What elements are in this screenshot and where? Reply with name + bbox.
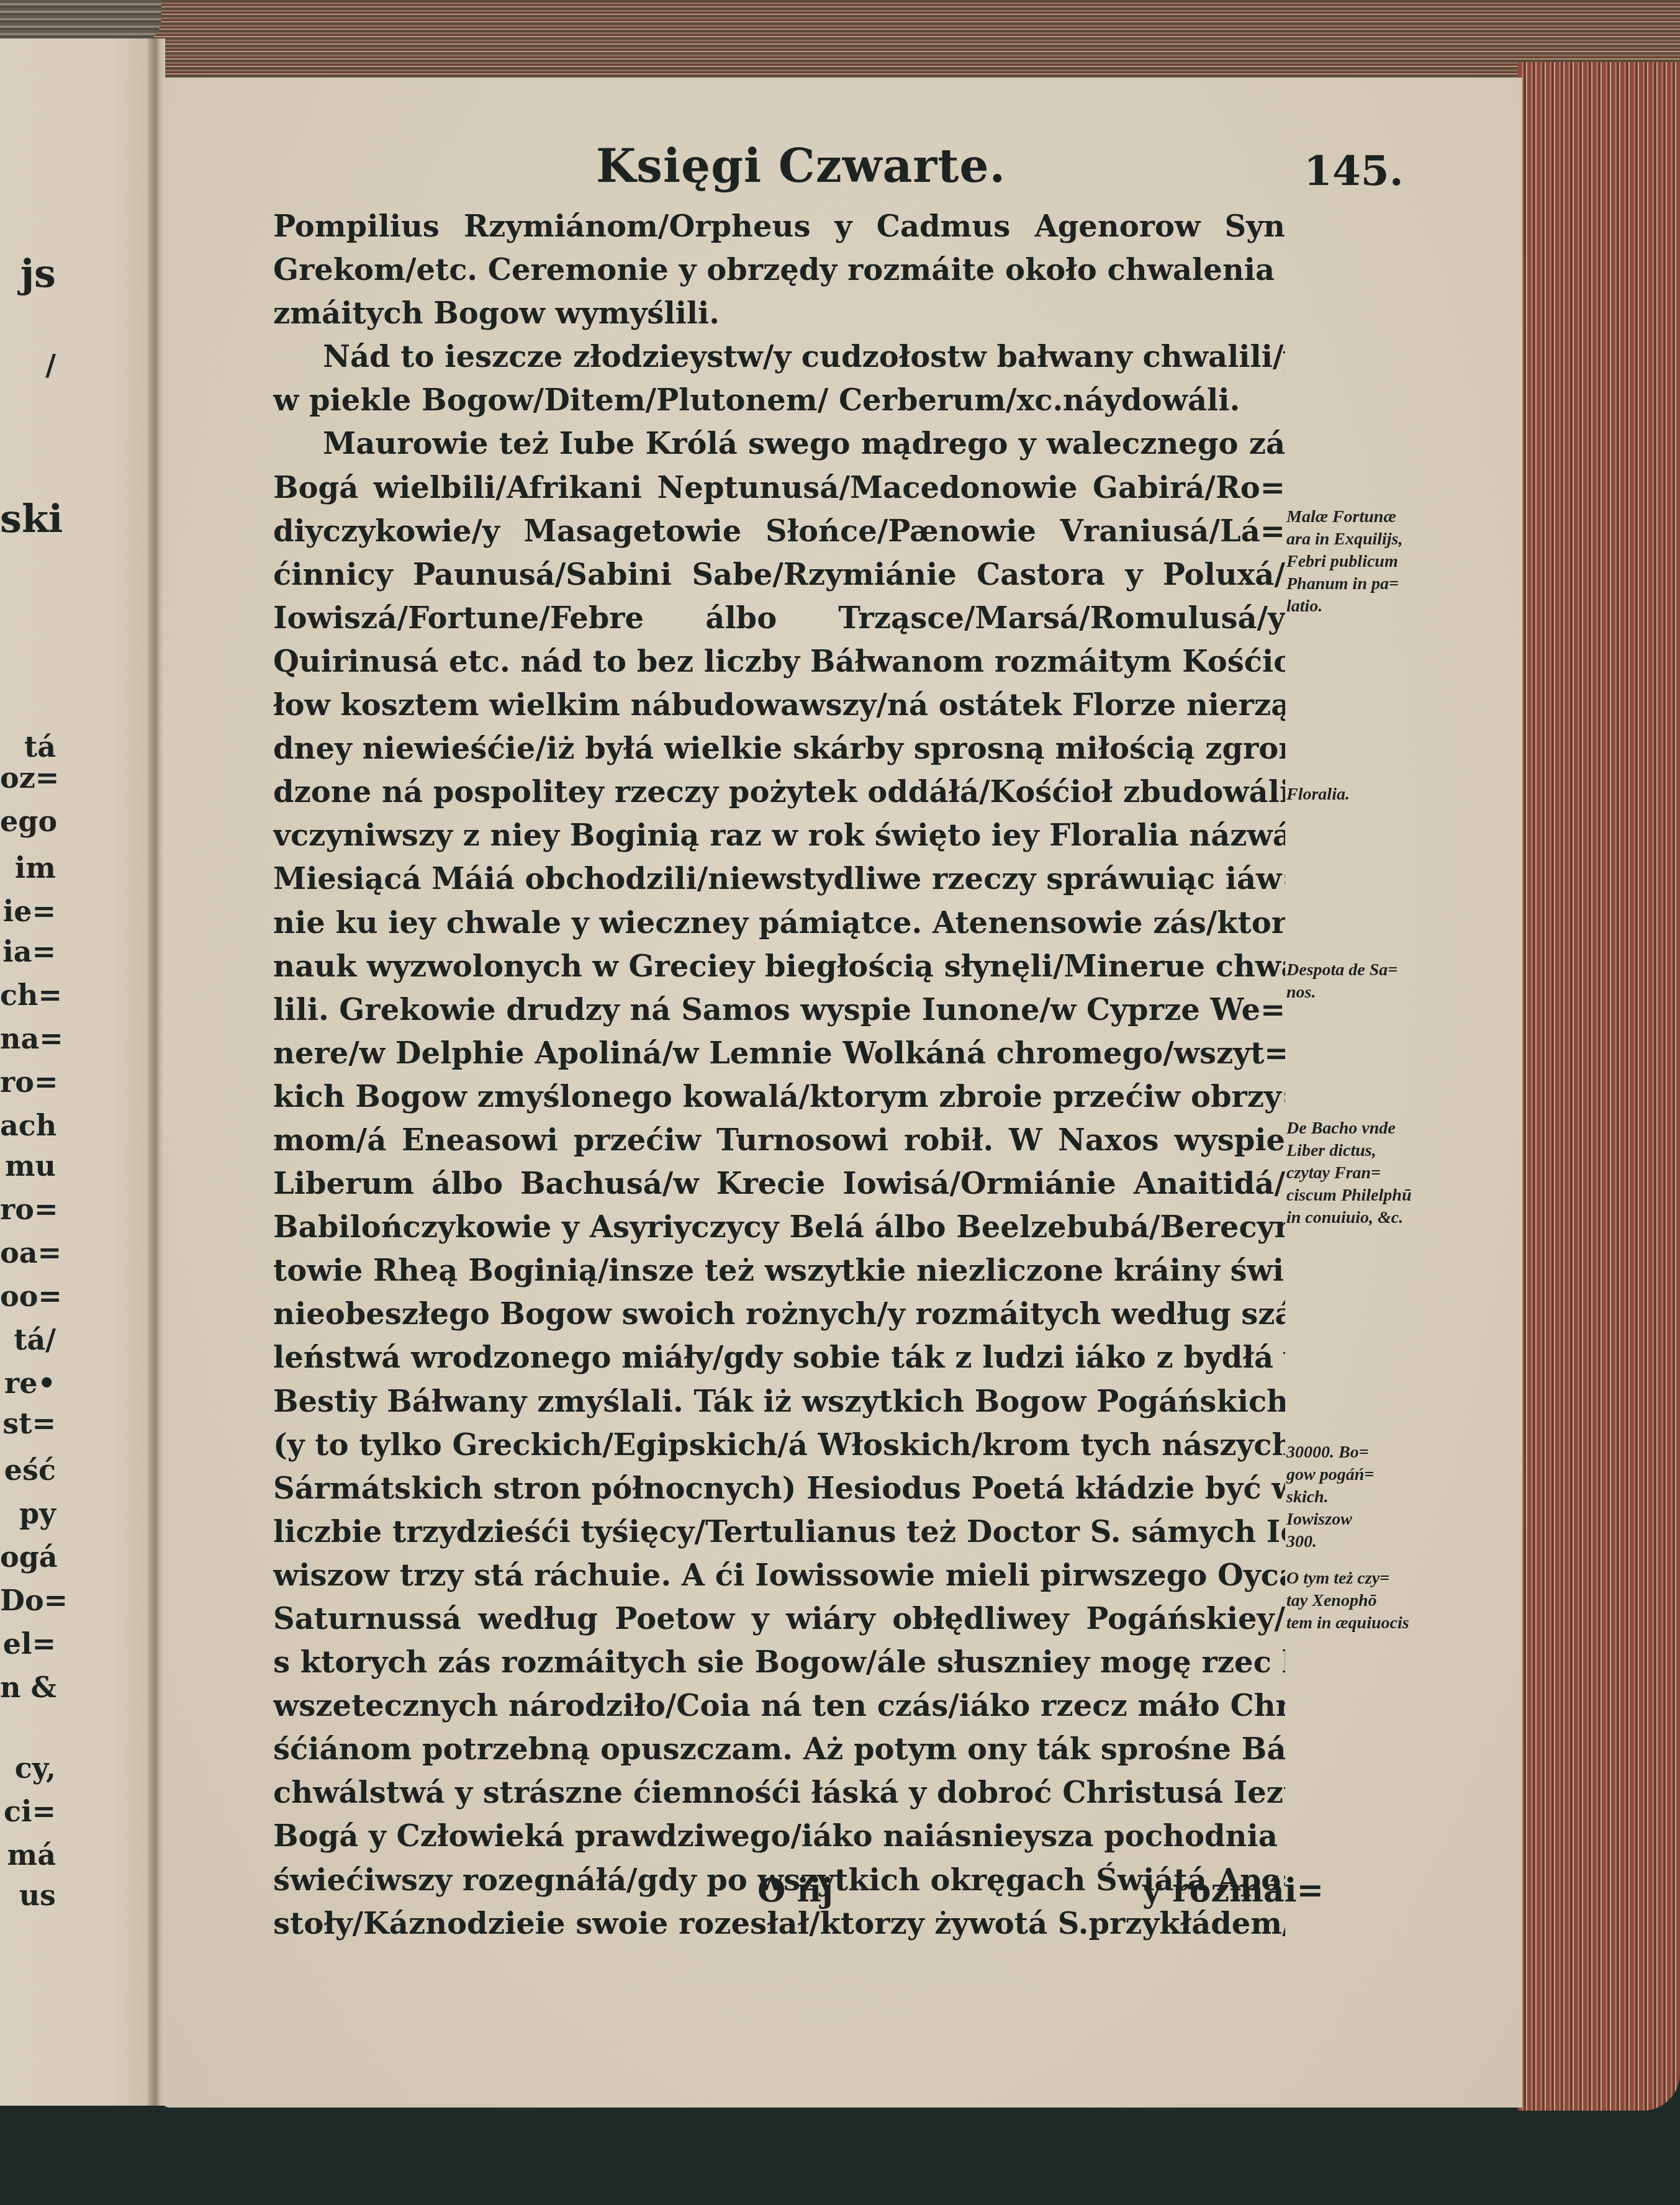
text-line: wiszow trzy stá ráchuie. A ći Iowissowie…: [273, 1554, 1285, 1597]
fragment: ch=: [0, 981, 56, 1009]
fragment: tá: [0, 733, 56, 761]
fragment: eść: [0, 1456, 56, 1484]
fragment: el=: [0, 1630, 56, 1658]
fragment: ro=: [0, 1195, 56, 1224]
fragment: /: [0, 351, 56, 379]
marginal-note: O tym też czy= tay Xenophō tem in æquiuo…: [1286, 1567, 1497, 1635]
fragment: oa=: [0, 1238, 56, 1267]
fragment: re•: [0, 1369, 56, 1397]
text-line: wszetecznych národziło/Coia ná ten czás/…: [273, 1684, 1285, 1728]
text-line: (y to tylko Greckich/Egipskich/á Włoskic…: [273, 1423, 1285, 1467]
text-line: Saturnussá według Poetow y wiáry obłędli…: [273, 1597, 1285, 1641]
text-line: diyczykowie/y Masagetowie Słońce/Pænowie…: [273, 510, 1285, 553]
fragment: ogá: [0, 1543, 56, 1571]
text-line: chwálstwá y strászne ćiemnośći łáská y d…: [273, 1771, 1285, 1815]
fragment: ro=: [0, 1068, 56, 1096]
note-line: De Bacho vnde: [1286, 1117, 1497, 1140]
note-line: Floralia.: [1286, 783, 1497, 806]
text-line: towie Rheą Boginią/insze też wszytkie ni…: [273, 1249, 1285, 1292]
text-line: nieobeszłego Bogow swoich rożnych/y rozm…: [273, 1292, 1285, 1336]
note-line: 300.: [1286, 1531, 1497, 1553]
note-line: tay Xenophō: [1286, 1590, 1497, 1612]
page-fore-edge: [1518, 62, 1680, 2111]
note-line: Despota de Sa=: [1286, 959, 1497, 981]
page-number: 145.: [1304, 147, 1404, 195]
fragment: mu: [0, 1152, 56, 1180]
fragment: us: [0, 1881, 56, 1910]
note-line: gow pogáń=: [1286, 1464, 1497, 1486]
fragment: Do=: [0, 1586, 56, 1615]
note-line: nos.: [1286, 981, 1497, 1004]
text-line: Maurowie też Iube Królá swego mądrego y …: [273, 422, 1285, 466]
fragment: cy,: [0, 1754, 56, 1782]
text-line: ćinnicy Paunusá/Sabini Sabe/Rzymiánie Ca…: [273, 553, 1285, 597]
fragment: má: [0, 1841, 56, 1869]
fragment: im: [0, 854, 56, 882]
text-line: dzone ná pospolitey rzeczy pożytek oddáł…: [273, 770, 1285, 814]
text-line: śćiánom potrzebną opuszczam. Aż potym on…: [273, 1728, 1285, 1771]
fragment: ego: [0, 807, 56, 836]
note-line: ara in Exquilijs,: [1286, 528, 1497, 551]
text-line: s ktorych zás rozmáitych sie Bogow/ále s…: [273, 1641, 1285, 1684]
note-line: Phanum in pa=: [1286, 573, 1497, 595]
text-line: leństwá wrodzonego miáły/gdy sobie ták z…: [273, 1336, 1285, 1379]
note-line: Iowiszow: [1286, 1508, 1497, 1531]
fragment: na=: [0, 1024, 56, 1053]
note-line: latio.: [1286, 595, 1497, 618]
text-line: vczyniwszy z niey Boginią raz w rok świę…: [273, 814, 1285, 857]
body-text: Pompilius Rzymiánom/Orpheus y Cadmus Age…: [273, 205, 1285, 1946]
marginal-note: Malæ Fortunæ ara in Exquilijs, Febri pub…: [1286, 506, 1497, 618]
fragment: ski: [0, 500, 56, 538]
text-line: w piekle Bogow/Ditem/Plutonem/ Cerberum/…: [273, 379, 1285, 422]
fragment: n &: [0, 1673, 56, 1702]
book-top-edge: [0, 0, 1680, 87]
text-line: Nád to ieszcze złodzieystw/y cudzołostw …: [273, 335, 1285, 379]
text-line: nere/w Delphie Apoliná/w Lemnie Wolkáná …: [273, 1032, 1285, 1075]
text-line: nauk wyzwolonych w Greciey biegłością sł…: [273, 945, 1285, 988]
text-line: Bogá y Człowieká prawdziwego/iáko naiásn…: [273, 1815, 1285, 1858]
marginal-note: 30000. Bo= gow pogáń= skich. Iowiszow 30…: [1286, 1441, 1497, 1553]
fragment: ach: [0, 1111, 56, 1140]
fragment: ci=: [0, 1797, 56, 1826]
book-binding: [0, 0, 161, 43]
text-line: Miesiącá Máiá obchodzili/niewstydliwe rz…: [273, 857, 1285, 901]
text-line: lili. Grekowie drudzy ná Samos wyspie Iu…: [273, 988, 1285, 1032]
marginal-note: Despota de Sa= nos.: [1286, 959, 1497, 1004]
running-head: Księgi Czwarte.: [596, 140, 1006, 193]
text-line: dney niewieśćie/iż byłá wielkie skárby s…: [273, 727, 1285, 770]
marginal-note: Floralia.: [1286, 783, 1497, 806]
fragment: ie=: [0, 897, 56, 926]
note-line: Febri publicum: [1286, 551, 1497, 573]
text-line: Bestiy Báłwany zmyślali. Ták iż wszytkic…: [273, 1380, 1285, 1423]
text-line: Bogá wielbili/Afrikani Neptunusá/Macedon…: [273, 466, 1285, 510]
note-line: Malæ Fortunæ: [1286, 506, 1497, 528]
text-line: Quirinusá etc. nád to bez liczby Báłwano…: [273, 640, 1285, 683]
note-line: Liber dictus,: [1286, 1140, 1497, 1162]
note-line: O tym też czy=: [1286, 1567, 1497, 1590]
note-line: czytay Fran=: [1286, 1162, 1497, 1184]
marginal-note: De Bacho vnde Liber dictus, czytay Fran=…: [1286, 1117, 1497, 1229]
text-line: Sármátskich stron północnych) Hesiodus P…: [273, 1467, 1285, 1510]
fragment: tá/: [0, 1325, 56, 1354]
note-line: tem in æquiuocis: [1286, 1612, 1497, 1635]
text-line: Liberum álbo Bachusá/w Krecie Iowisá/Orm…: [273, 1162, 1285, 1206]
text-line: liczbie trzydzieśći tyśięcy/Tertulianus …: [273, 1510, 1285, 1554]
note-line: 30000. Bo=: [1286, 1441, 1497, 1464]
fragment: js: [0, 255, 56, 293]
fragment: py: [0, 1499, 56, 1528]
text-line: zmáitych Bogow wymyślili.: [273, 292, 1285, 335]
catchword: y rozmái=: [1142, 1872, 1324, 1910]
text-line: kich Bogow zmyślonego kowalá/ktorym zbro…: [273, 1075, 1285, 1119]
note-line: ciscum Philelphū: [1286, 1184, 1497, 1207]
fragment: ia=: [0, 937, 56, 966]
text-line: Grekom/etc. Ceremonie y obrzędy rozmáite…: [273, 248, 1285, 292]
note-line: in conuiuio, &c.: [1286, 1207, 1497, 1229]
note-line: skich.: [1286, 1486, 1497, 1508]
text-line: nie ku iey chwale y wieczney pámiątce. A…: [273, 901, 1285, 945]
signature-mark: O iij: [757, 1872, 833, 1910]
text-line: mom/á Eneasowi przećiw Turnosowi robił. …: [273, 1119, 1285, 1162]
text-line: Iowiszá/Fortune/Febre álbo Trząsce/Marsá…: [273, 597, 1285, 640]
text-line: łow kosztem wielkim nábudowawszy/ná ostá…: [273, 683, 1285, 727]
text-line: Pompilius Rzymiánom/Orpheus y Cadmus Age…: [273, 205, 1285, 248]
text-line: Babilończykowie y Asyriyczycy Belá álbo …: [273, 1206, 1285, 1249]
fragment: st=: [0, 1409, 56, 1438]
fragment: oo=: [0, 1282, 56, 1310]
fragment: oz=: [0, 764, 56, 792]
